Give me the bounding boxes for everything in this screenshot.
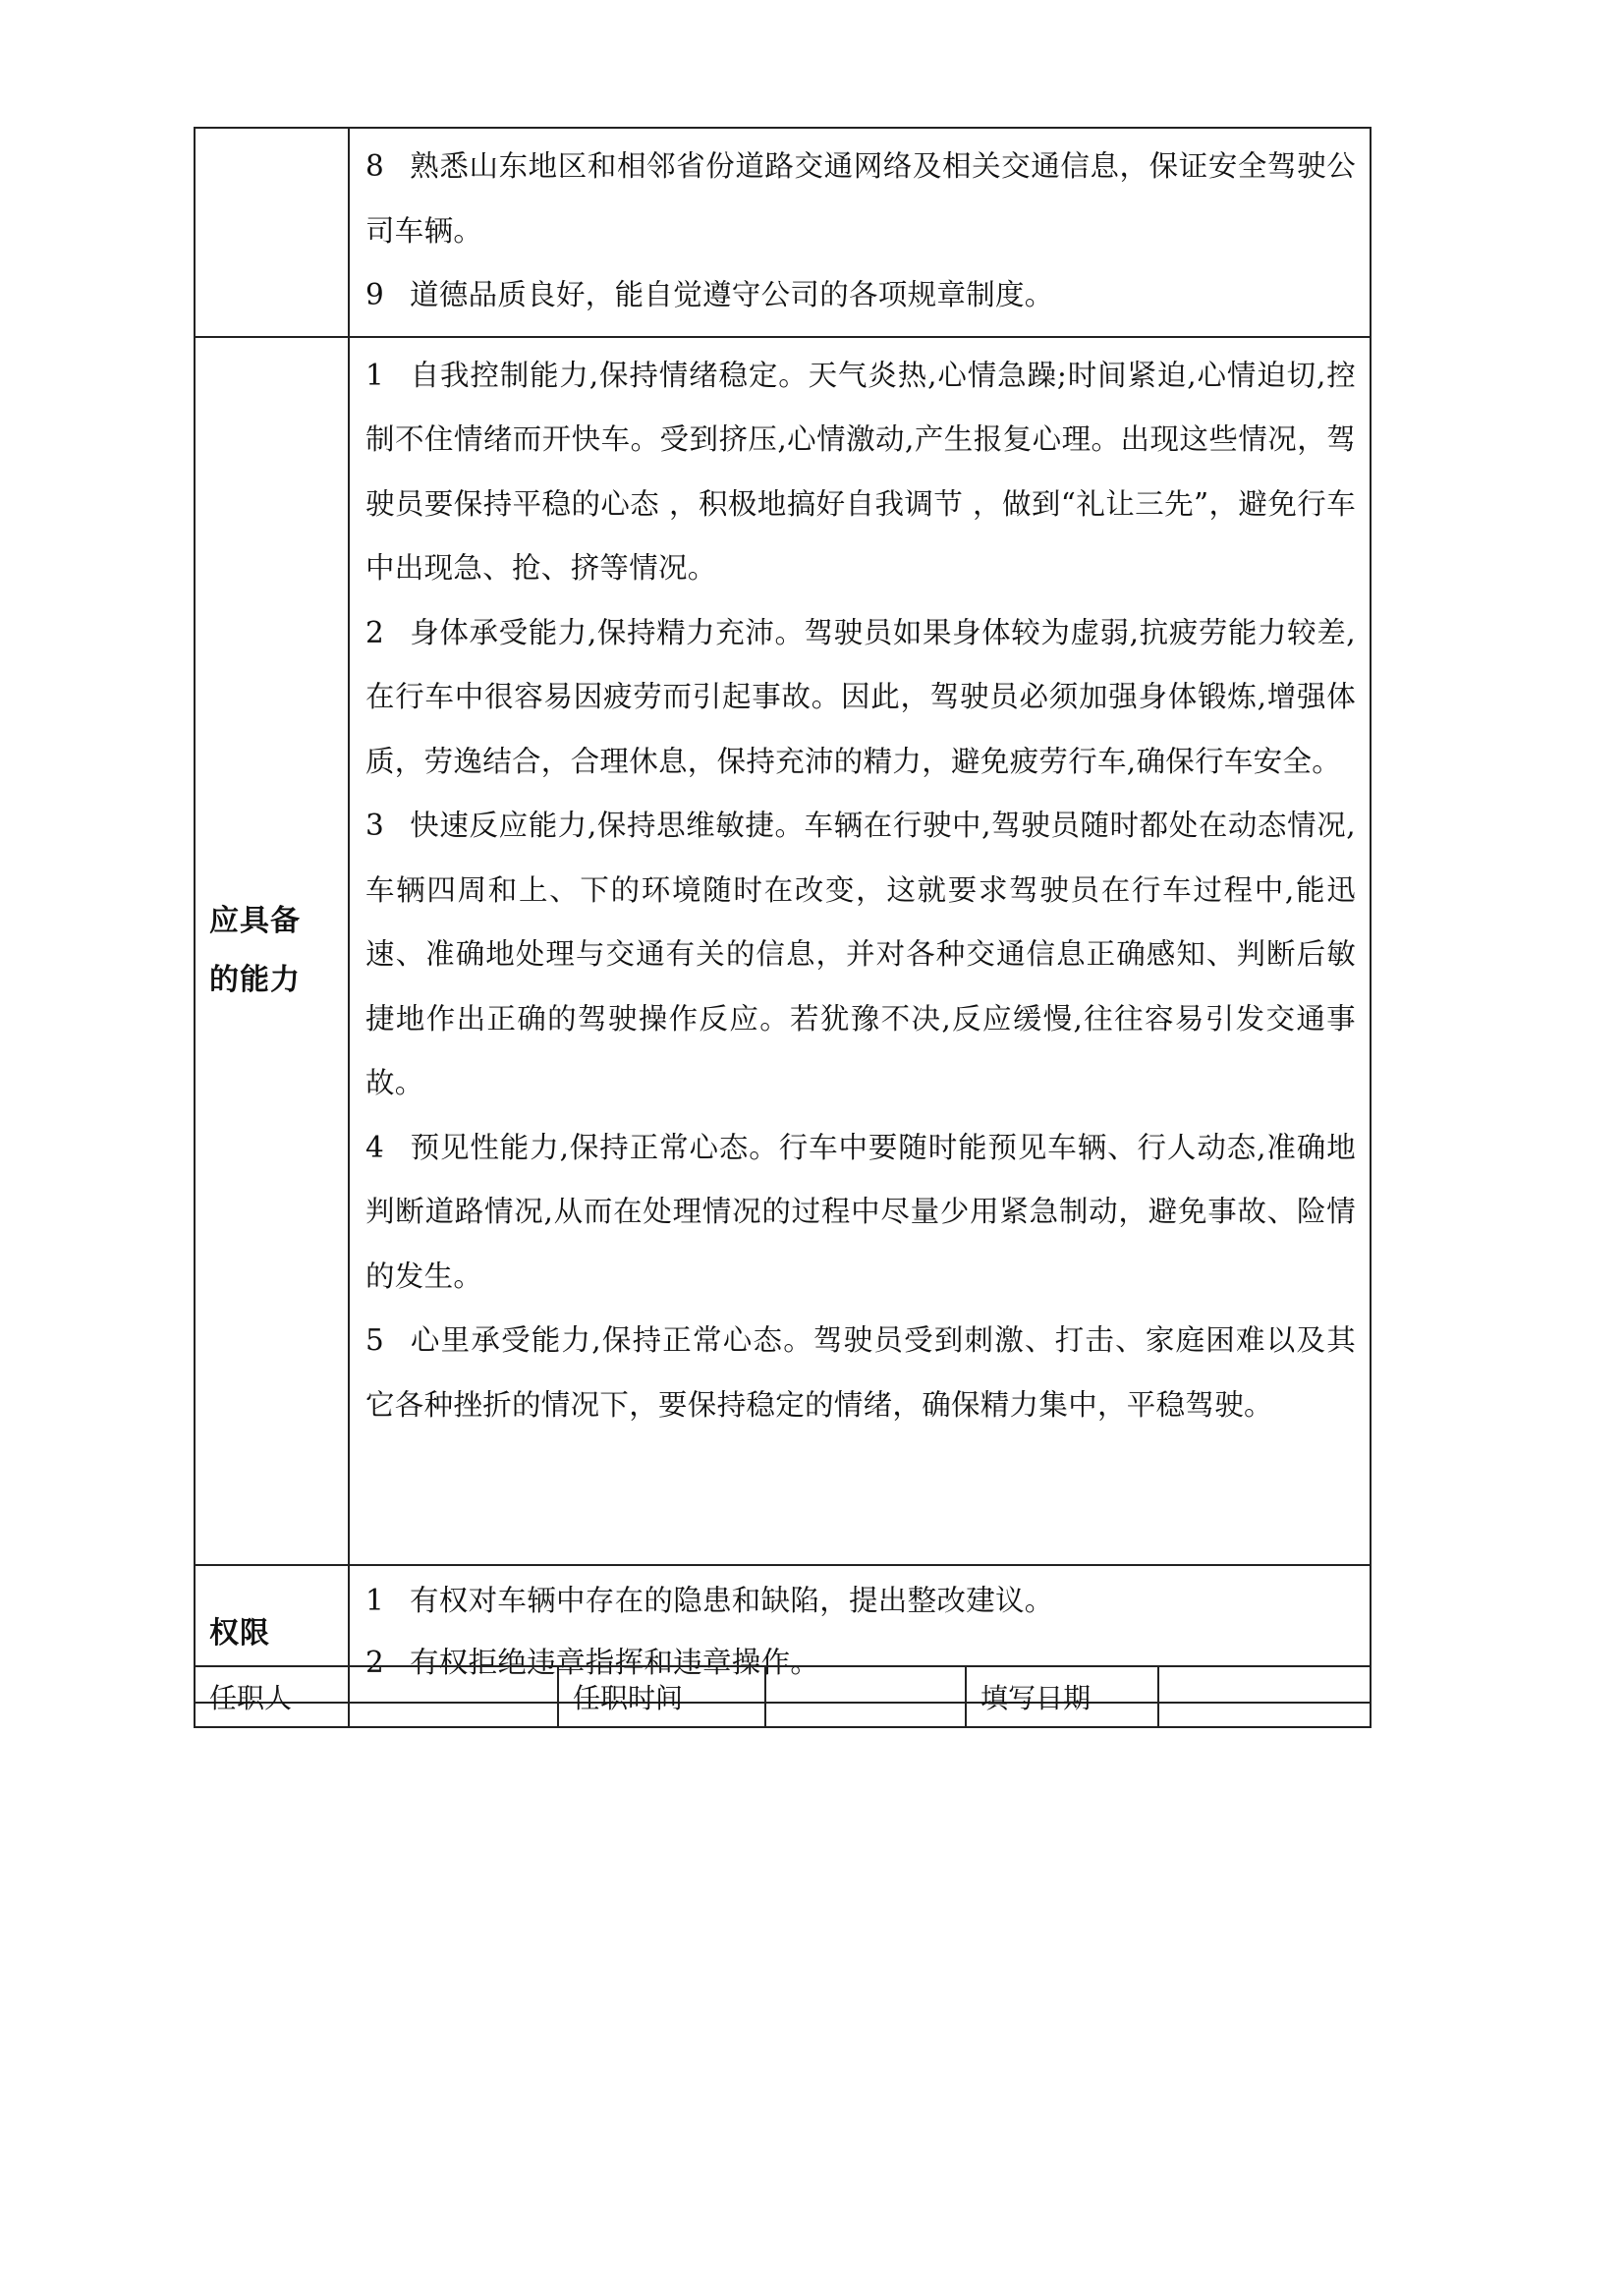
job-description-table: 8熟悉山东地区和相邻省份道路交通网络及相关交通信息，保证安全驾驶公司车辆。 9道… <box>194 127 1372 1704</box>
ability-item-text: 快速反应能力,保持思维敏捷。车辆在行驶中,驾驶员随时都处在动态情况,车辆四周和上… <box>365 809 1356 1099</box>
ability-item-number: 2 <box>365 601 410 666</box>
tenure-field[interactable] <box>765 1666 966 1727</box>
duty-item-text: 熟悉山东地区和相邻省份道路交通网络及相关交通信息，保证安全驾驶公司车辆。 <box>365 149 1356 248</box>
abilities-label: 应具备的能力 <box>195 337 349 1565</box>
duty-item: 9道德品质良好，能自觉遵守公司的各项规章制度。 <box>365 263 1356 328</box>
ability-item-text: 身体承受能力,保持精力充沛。驾驶员如果身体较为虚弱,抗疲劳能力较差,在行车中很容… <box>365 616 1356 778</box>
signature-row: 任职人 任职时间 填写日期 <box>195 1666 1371 1727</box>
ability-item-number: 4 <box>365 1116 410 1181</box>
ability-item-text: 心里承受能力,保持正常心态。驾驶员受到刺激、打击、家庭困难以及其它各种挫折的情况… <box>365 1323 1356 1422</box>
signature-footer-table: 任职人 任职时间 填写日期 <box>194 1665 1372 1728</box>
duty-item: 8熟悉山东地区和相邻省份道路交通网络及相关交通信息，保证安全驾驶公司车辆。 <box>365 135 1356 263</box>
incumbent-label: 任职人 <box>195 1666 349 1727</box>
duties-label <box>195 128 349 337</box>
abilities-content: 1自我控制能力,保持情绪稳定。天气炎热,心情急躁;时间紧迫,心情迫切,控制不住情… <box>349 337 1371 1565</box>
abilities-row: 应具备的能力 1自我控制能力,保持情绪稳定。天气炎热,心情急躁;时间紧迫,心情迫… <box>195 337 1371 1565</box>
ability-item: 3快速反应能力,保持思维敏捷。车辆在行驶中,驾驶员随时都处在动态情况,车辆四周和… <box>365 794 1356 1116</box>
duty-item-number: 8 <box>365 135 410 199</box>
ability-item: 5心里承受能力,保持正常心态。驾驶员受到刺激、打击、家庭困难以及其它各种挫折的情… <box>365 1309 1356 1437</box>
ability-item-number: 5 <box>365 1309 410 1373</box>
ability-item-number: 3 <box>365 794 410 859</box>
ability-item: 2身体承受能力,保持精力充沛。驾驶员如果身体较为虚弱,抗疲劳能力较差,在行车中很… <box>365 601 1356 795</box>
right-item-text: 有权对车辆中存在的隐患和缺陷，提出整改建议。 <box>410 1584 1054 1617</box>
fill-date-label: 填写日期 <box>966 1666 1158 1727</box>
duty-item-text: 道德品质良好，能自觉遵守公司的各项规章制度。 <box>410 278 1054 311</box>
fill-date-field[interactable] <box>1158 1666 1371 1727</box>
ability-item-text: 自我控制能力,保持情绪稳定。天气炎热,心情急躁;时间紧迫,心情迫切,控制不住情绪… <box>365 359 1356 586</box>
ability-item-number: 1 <box>365 344 410 409</box>
right-item-number: 1 <box>365 1570 410 1632</box>
duties-row: 8熟悉山东地区和相邻省份道路交通网络及相关交通信息，保证安全驾驶公司车辆。 9道… <box>195 128 1371 337</box>
ability-item: 4预见性能力,保持正常心态。行车中要随时能预见车辆、行人动态,准确地判断道路情况… <box>365 1116 1356 1310</box>
ability-item-text: 预见性能力,保持正常心态。行车中要随时能预见车辆、行人动态,准确地判断道路情况,… <box>365 1131 1356 1293</box>
incumbent-field[interactable] <box>349 1666 558 1727</box>
duty-item-number: 9 <box>365 263 410 328</box>
ability-item: 1自我控制能力,保持情绪稳定。天气炎热,心情急躁;时间紧迫,心情迫切,控制不住情… <box>365 344 1356 601</box>
duties-content: 8熟悉山东地区和相邻省份道路交通网络及相关交通信息，保证安全驾驶公司车辆。 9道… <box>349 128 1371 337</box>
right-item: 1有权对车辆中存在的隐患和缺陷，提出整改建议。 <box>365 1570 1356 1632</box>
tenure-label: 任职时间 <box>558 1666 765 1727</box>
